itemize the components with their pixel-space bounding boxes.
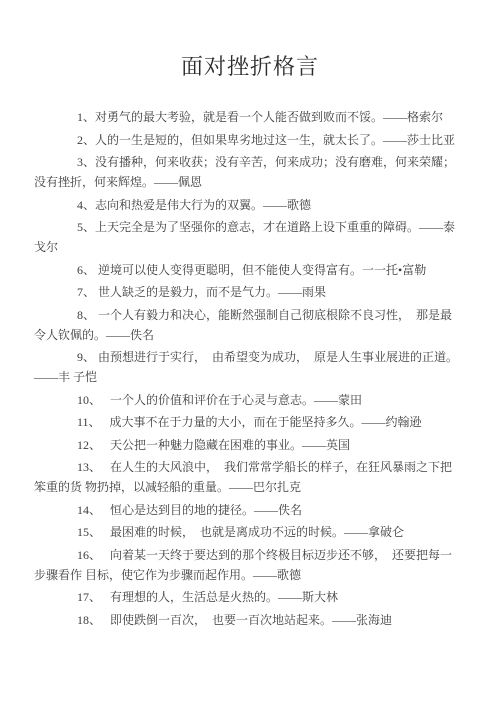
quote-item-12: 12、 天公把一种魅力隐藏在困难的事业。——英国 xyxy=(34,435,461,455)
quote-item-6: 6、 逆境可以使人变得更聪明，但不能使人变得富有。一一托•富勒 xyxy=(34,260,461,280)
quote-item-14: 14、 恒心是达到目的地的捷径。——佚名 xyxy=(34,500,461,520)
document-page: 面对挫折格言 1、对勇气的最大考验，就是看一个人能否做到败而不馁。——格索尔 2… xyxy=(0,0,500,707)
quote-item-7: 7、 世人缺乏的是毅力，而不是气力。——雨果 xyxy=(34,282,461,302)
quote-item-8: 8、 一个人有毅力和决心，能断然强制自己彻底根除不良习性， 那是最令人钦佩的。—… xyxy=(34,305,461,345)
quote-list: 1、对勇气的最大考验，就是看一个人能否做到败而不馁。——格索尔 2、人的一生是短… xyxy=(34,107,461,630)
quote-item-9: 9、 由预想进行于实行， 由希望变为成功， 原是人生事业展进的正道。——丰 子恺 xyxy=(34,347,461,387)
quote-item-4: 4、志向和热爱是伟大行为的双翼。——歌德 xyxy=(34,195,461,215)
quote-item-10: 10、 一个人的价值和评价在于心灵与意志。——蒙田 xyxy=(34,390,461,410)
quote-item-15: 15、 最困难的时候， 也就是离成功不远的时候。——拿破仑 xyxy=(34,522,461,542)
quote-item-5: 5、上天完全是为了坚强你的意志，才在道路上设下重重的障碍。——泰戈尔 xyxy=(34,217,461,257)
quote-item-13: 13、 在人生的大风浪中， 我们常常学船长的样子，在狂风暴雨之下把笨重的货 物扔… xyxy=(34,457,461,497)
quote-item-3: 3、没有播种，何来收获；没有辛苦，何来成功；没有磨难，何来荣耀；没有挫折，何来辉… xyxy=(34,152,461,192)
quote-item-18: 18、 即使跌倒一百次， 也要一百次地站起来。——张海迪 xyxy=(34,610,461,630)
quote-item-11: 11、 成大事不在于力量的大小，而在于能坚持多久。——约翰逊 xyxy=(34,412,461,432)
quote-item-17: 17、 有理想的人，生活总是火热的。——斯大林 xyxy=(34,587,461,607)
quote-item-1: 1、对勇气的最大考验，就是看一个人能否做到败而不馁。——格索尔 xyxy=(34,107,461,127)
page-title: 面对挫折格言 xyxy=(0,54,500,79)
quote-item-2: 2、人的一生是短的，但如果卑劣地过这一生，就太长了。——莎士比亚 xyxy=(34,130,461,150)
quote-item-16: 16、 向着某一天终于要达到的那个终极目标迈步还不够， 还要把每一步骤看作 目标… xyxy=(34,545,461,585)
